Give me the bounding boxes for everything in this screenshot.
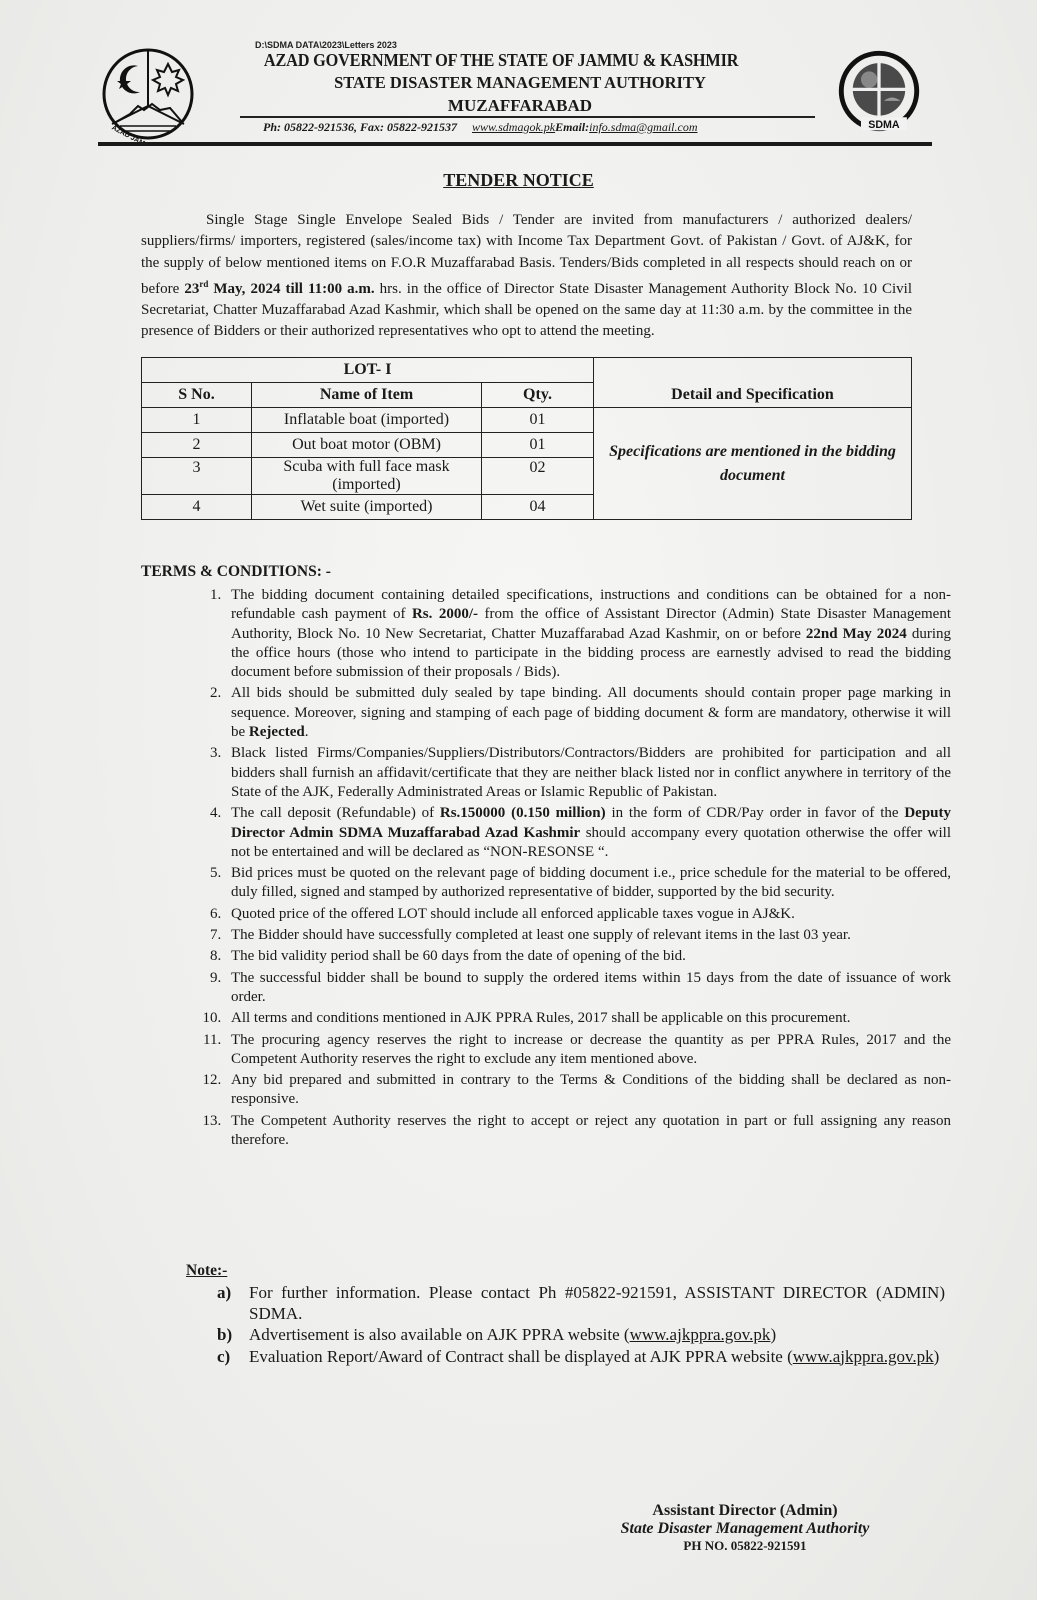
org-city: MUZAFFARABAD <box>250 96 790 116</box>
intro-paragraph: Single Stage Single Envelope Sealed Bids… <box>141 210 912 343</box>
cell-sno: 1 <box>142 408 252 433</box>
ajk-emblem-icon: AZAD JAMMU & KASHMIR <box>98 44 198 144</box>
term-item: Bid prices must be quoted on the relevan… <box>225 864 951 903</box>
note-item: c)Evaluation Report/Award of Contract sh… <box>249 1347 945 1368</box>
cell-qty: 01 <box>482 433 594 458</box>
note-item: a)For further information. Please contac… <box>249 1283 945 1324</box>
term-item: The successful bidder shall be bound to … <box>225 969 951 1008</box>
term-item: Black listed Firms/Companies/Suppliers/D… <box>225 744 951 802</box>
lot-label: LOT- I <box>142 358 594 383</box>
cell-item: Out boat motor (OBM) <box>252 433 482 458</box>
website-link[interactable]: www.sdmagok.pk <box>472 120 555 134</box>
org-name-line1: AZAD GOVERNMENT OF THE STATE OF JAMMU & … <box>250 50 752 71</box>
file-path: D:\SDMA DATA\2023\Letters 2023 <box>255 40 397 50</box>
col-header-spec: Detail and Specification <box>594 383 912 408</box>
note-heading: Note:- <box>186 1262 227 1280</box>
specification-note: Specifications are mentioned in the bidd… <box>594 408 912 520</box>
term-item: The Competent Authority reserves the rig… <box>225 1112 951 1151</box>
email-link[interactable]: info.sdma@gmail.com <box>589 120 697 134</box>
signatory-organization: State Disaster Management Authority <box>590 1520 900 1538</box>
cell-qty: 01 <box>482 408 594 433</box>
term-item: Any bid prepared and submitted in contra… <box>225 1071 951 1110</box>
signatory-designation: Assistant Director (Admin) <box>590 1502 900 1520</box>
notes-list: a)For further information. Please contac… <box>215 1283 945 1368</box>
col-header-qty: Qty. <box>482 383 594 408</box>
email-label: Email: <box>555 120 589 134</box>
items-table: LOT- I S No. Name of Item Qty. Detail an… <box>141 357 912 520</box>
terms-list: The bidding document containing detailed… <box>185 586 951 1152</box>
term-item: The Bidder should have successfully comp… <box>225 926 951 945</box>
signature-block: Assistant Director (Admin) State Disaste… <box>590 1502 900 1554</box>
terms-heading: TERMS & CONDITIONS: - <box>141 563 331 581</box>
cell-qty: 04 <box>482 495 594 520</box>
cell-sno: 3 <box>142 458 252 495</box>
term-item: All terms and conditions mentioned in AJ… <box>225 1009 951 1028</box>
signatory-phone: PH NO. 05822-921591 <box>590 1538 900 1554</box>
cell-item: Inflatable boat (imported) <box>252 408 482 433</box>
document-page: AZAD JAMMU & KASHMIR D:\SDMA DATA\2023\L… <box>0 0 1037 1600</box>
term-item: The bid validity period shall be 60 days… <box>225 947 951 966</box>
cell-sno: 4 <box>142 495 252 520</box>
page-title: TENDER NOTICE <box>0 170 1037 191</box>
term-item: Quoted price of the offered LOT should i… <box>225 905 951 924</box>
header-thick-rule <box>98 142 932 146</box>
term-item: The procuring agency reserves the right … <box>225 1031 951 1070</box>
table-row: 1 Inflatable boat (imported) 01 Specific… <box>142 408 912 433</box>
contact-line: Ph: 05822-921536, Fax: 05822-921537 www.… <box>263 120 698 135</box>
cell-qty: 02 <box>482 458 594 495</box>
col-header-item: Name of Item <box>252 383 482 408</box>
contact-phone: Ph: 05822-921536, Fax: 05822-921537 <box>263 120 457 134</box>
ajkppra-link[interactable]: www.ajkppra.gov.pk <box>793 1347 934 1366</box>
cell-item: Wet suite (imported) <box>252 495 482 520</box>
col-header-sno: S No. <box>142 383 252 408</box>
org-name-line2: STATE DISASTER MANAGEMENT AUTHORITY <box>250 73 790 93</box>
term-item: All bids should be submitted duly sealed… <box>225 684 951 742</box>
cell-sno: 2 <box>142 433 252 458</box>
term-item: The bidding document containing detailed… <box>225 586 951 682</box>
term-item: The call deposit (Refundable) of Rs.1500… <box>225 804 951 862</box>
sdma-emblem-icon: SDMA <box>838 50 920 132</box>
cell-item: Scuba with full face mask (imported) <box>252 458 482 495</box>
note-item: b)Advertisement is also available on AJK… <box>249 1325 945 1346</box>
sdma-logo-text: SDMA <box>868 119 900 131</box>
header-divider <box>240 116 815 118</box>
ajkppra-link[interactable]: www.ajkppra.gov.pk <box>630 1325 771 1344</box>
